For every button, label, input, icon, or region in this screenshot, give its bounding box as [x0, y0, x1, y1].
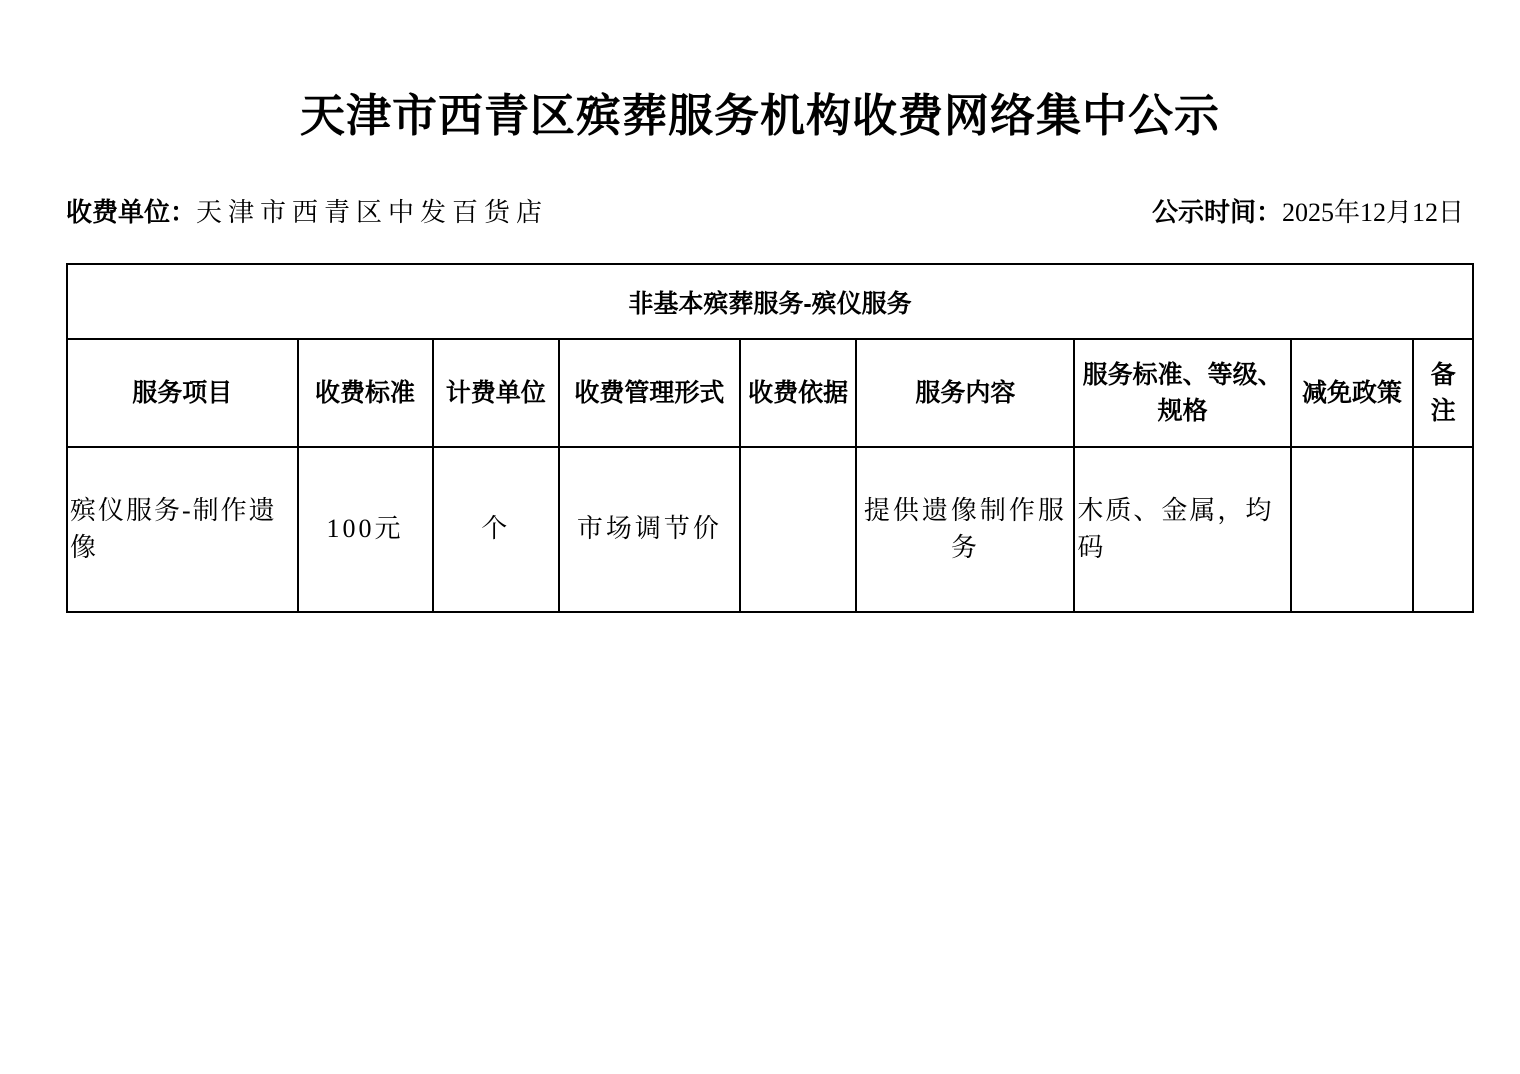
publicity-date-value: 2025年12月12日	[1282, 198, 1464, 227]
cell-reduction-policy	[1291, 447, 1413, 612]
table-row: 殡仪服务-制作遗像 100元 个 市场调节价 提供遗像制作服务 木质、金属，均码	[67, 447, 1473, 612]
charging-unit-line: 收费单位：天津市西青区中发百货店	[66, 196, 548, 230]
publicity-date-label: 公示时间：	[1152, 197, 1282, 227]
cell-fee-standard: 100元	[298, 447, 433, 612]
col-header-service-content: 服务内容	[856, 339, 1074, 447]
col-header-fee-standard: 收费标准	[298, 339, 433, 447]
document-page: 天津市西青区殡葬服务机构收费网络集中公示 收费单位：天津市西青区中发百货店 公示…	[0, 0, 1520, 1074]
charging-unit-value: 天津市西青区中发百货店	[196, 198, 548, 227]
page-title: 天津市西青区殡葬服务机构收费网络集中公示	[0, 0, 1520, 144]
col-header-remarks: 备注	[1413, 339, 1473, 447]
col-header-reduction-policy: 减免政策	[1291, 339, 1413, 447]
table-header-row: 服务项目 收费标准 计费单位 收费管理形式 收费依据 服务内容 服务标准、等级、…	[67, 339, 1473, 447]
charging-unit-label: 收费单位：	[66, 197, 196, 227]
col-header-billing-unit: 计费单位	[433, 339, 560, 447]
cell-fee-management: 市场调节价	[559, 447, 740, 612]
cell-fee-basis	[740, 447, 857, 612]
cell-service-item: 殡仪服务-制作遗像	[67, 447, 298, 612]
col-header-standard-grade: 服务标准、等级、规格	[1074, 339, 1291, 447]
col-header-service-item: 服务项目	[67, 339, 298, 447]
cell-billing-unit: 个	[433, 447, 560, 612]
cell-remarks	[1413, 447, 1473, 612]
cell-service-content: 提供遗像制作服务	[856, 447, 1074, 612]
table-section-row: 非基本殡葬服务-殡仪服务	[67, 264, 1473, 339]
fee-table: 非基本殡葬服务-殡仪服务 服务项目 收费标准 计费单位 收费管理形式 收费依据 …	[66, 263, 1474, 613]
table-section-title: 非基本殡葬服务-殡仪服务	[67, 264, 1473, 339]
col-header-fee-basis: 收费依据	[740, 339, 857, 447]
meta-row: 收费单位：天津市西青区中发百货店 公示时间：2025年12月12日	[66, 196, 1464, 230]
publicity-date-line: 公示时间：2025年12月12日	[1152, 196, 1464, 230]
cell-standard-grade: 木质、金属，均码	[1074, 447, 1291, 612]
col-header-fee-management: 收费管理形式	[559, 339, 740, 447]
